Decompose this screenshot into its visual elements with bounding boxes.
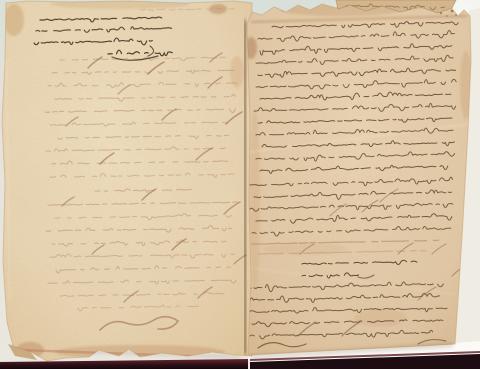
ink-speck (455, 14, 457, 16)
right-manuscript-page (245, 2, 472, 355)
gutter-shadow (245, 20, 246, 354)
paper-stain (4, 4, 24, 36)
ink-speck (451, 10, 454, 13)
ink-speck (446, 15, 447, 16)
left-manuscript-page (2, 0, 252, 361)
photograph-of-manuscript (0, 0, 480, 369)
paper-stain (354, 309, 406, 327)
paper-stain (250, 110, 260, 290)
manuscript-scene (0, 0, 480, 369)
